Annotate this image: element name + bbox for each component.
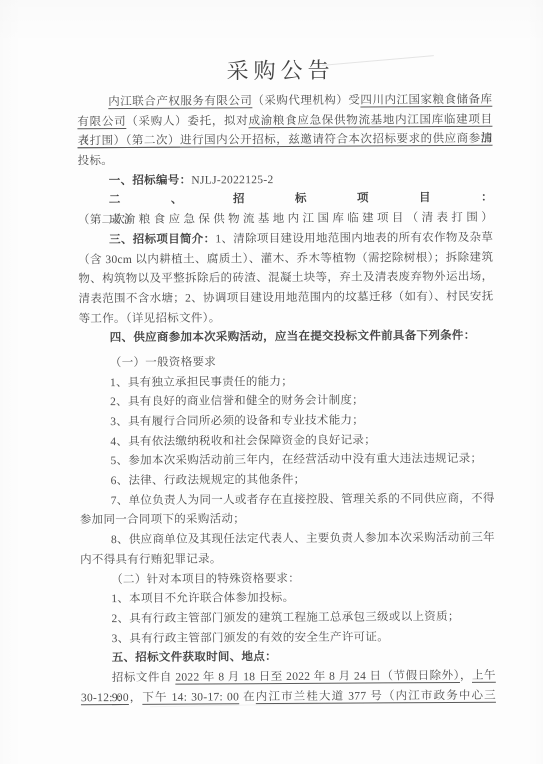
text-line: 3、具有行政主管部门颁发的有效的安全生产许可证。 — [81, 627, 496, 649]
underlined-text: 内江联合产权服务有限公司 — [108, 95, 252, 108]
text-segment: 参加同一合同项下的采购活动； — [80, 514, 245, 527]
text-line: 招标文件自 2022 年 8 月 18 日至 2022 年 8 月 24 日（节… — [81, 667, 496, 689]
text-line: 参加同一合同项下的采购活动； — [80, 509, 495, 531]
text-segment: （二）针对本项目的特殊资格要求： — [111, 572, 300, 585]
text-segment: 3、具有行政主管部门颁发的有效的安全生产许可证。 — [112, 631, 390, 645]
text-line: （含 30cm 以内耕植土、腐质土）、灌木、乔木等植物（需挖除树根）；拆除建筑 — [78, 248, 493, 270]
text-line: 物、构筑物以及平整拆除后的砖渣、混凝土块等，弃土及清表废弃物外运出场， — [78, 268, 493, 290]
text-segment: 4、具有依法缴纳税收和社会保障资金的良好记录； — [110, 434, 376, 448]
text-segment: （采购人）委托，拟对 — [126, 115, 248, 128]
text-segment: 物、构筑物以及平整拆除后的砖渣、混凝土块等，弃土及清表废弃物外运出场， — [78, 271, 493, 286]
text-line: 等工作。（详见招标文件）。 — [79, 307, 494, 329]
announcement-body: 内江联合产权服务有限公司（采购代理机构）受四川内江国家粮食储备库有限公司（采购人… — [77, 91, 496, 709]
text-segment: 等工作。（详见招标文件）。 — [79, 312, 221, 325]
text-segment: （第二次） — [78, 214, 137, 226]
text-segment: NJLJ-2022125-2 — [191, 174, 273, 187]
text-line: 有限公司（采购人）委托，拟对成渝粮食应急保供物流基地内江国库临建项目（清 — [77, 110, 492, 132]
text-line: 6、法律、行政法规规定的其他条件； — [80, 470, 495, 492]
text-segment: 3、具有履行合同所必须的设备和专业技术能力； — [110, 415, 364, 429]
text-segment: 一、招标编号： — [109, 174, 192, 187]
document-page: 采购公告 内江联合产权服务有限公司（采购代理机构）受四川内江国家粮食储备库有限公… — [0, 0, 543, 764]
text-line: 4、具有依法缴纳税收和社会保障资金的良好记录； — [79, 430, 494, 452]
text-segment: 在 — [239, 691, 256, 703]
underlined-text: 下午 14: 30-17: 00 — [142, 691, 239, 704]
text-line: 三、招标项目简介：1、清除项目建设用地范围内地表的所有农作物及杂草 — [78, 229, 493, 251]
text-segment: 1、本项目不允许联合体参加投标。 — [111, 592, 294, 605]
text-line: （一）一般资格要求 — [79, 352, 494, 374]
text-line: 内不得具有行贿犯罪记录。 — [80, 549, 495, 571]
text-line: 7、单位负责人为同一人或者存在直接控股、管理关系的不同供应商，不得 — [80, 489, 495, 511]
text-line: 1、具有独立承担民事责任的能力； — [79, 371, 494, 393]
text-segment: 5、参加本次采购活动前三年内，在经营活动中没有重大违法违规记录； — [110, 453, 482, 467]
text-segment: 三、招标项目简介： — [109, 233, 215, 246]
text-segment: 2、具有行政主管部门颁发的建筑工程施工总承包三级或以上资质； — [111, 611, 459, 625]
text-segment: 成渝粮食应急保供物流基地内江国库临建项目（清表打围） — [109, 212, 493, 226]
underlined-text: 30-12: 00 — [81, 692, 129, 704]
text-line: 5、参加本次采购活动前三年内，在经营活动中没有重大违法违规记录； — [79, 450, 494, 472]
text-segment: 8、供应商单位及其现任法定代表人、主要负责人参加本次采购活动前三年 — [111, 532, 495, 546]
text-segment: 进行国内公开招标，兹邀请符合本次招标要求的供应商参加 — [180, 133, 493, 147]
announcement-title: 采购公告 — [73, 55, 488, 88]
text-line: 清表范围不含水塘；2、协调项目建设用地范围内的坟墓迁移（如有）、村民安抚 — [78, 288, 493, 310]
underlined-text: 表打围）（第二次） — [77, 135, 180, 148]
text-segment: （一）一般资格要求 — [110, 356, 216, 369]
text-line: 3、具有履行合同所必须的设备和专业技术能力； — [79, 411, 494, 433]
text-line: 二、招标项目：成渝粮食应急保供物流基地内江国库临建项目（清表打围） — [78, 189, 493, 211]
text-segment: 内不得具有行贿犯罪记录。 — [80, 553, 222, 566]
text-segment: 招标文件自 — [112, 672, 176, 684]
text-segment: （采购代理机构）受 — [252, 95, 360, 108]
underlined-text: 四川内江国家粮食储备库 — [360, 94, 492, 107]
text-line: 投标。 — [78, 150, 493, 172]
text-segment: 1、具有独立承担民事责任的能力； — [110, 376, 293, 389]
text-line: 五、招标文件获取时间、地点： — [81, 647, 496, 669]
underlined-text: 有限公司 — [77, 116, 126, 128]
underlined-text: 2022 年 8 月 18 日至 2022 年 8 月 24 日（节假日除外） — [175, 670, 460, 684]
text-line: 一、招标编号：NJLJ-2022125-2 — [78, 169, 493, 191]
text-segment: （含 30cm 以内耕植土、腐质土）、灌木、乔木等植物（需挖除树根）；拆除建筑 — [78, 251, 493, 266]
text-segment: 五、招标文件获取时间、地点： — [112, 651, 277, 664]
text-line: 2、具有行政主管部门颁发的建筑工程施工总承包三级或以上资质； — [80, 608, 495, 630]
text-line: 1、本项目不允许联合体参加投标。 — [80, 588, 495, 610]
text-segment: 2、具有良好的商业信誉和健全的财务会计制度； — [110, 395, 364, 409]
text-segment: ， — [460, 670, 472, 682]
text-segment: 6、法律、行政法规规定的其他条件； — [111, 474, 306, 487]
text-line: 8、供应商单位及其现任法定代表人、主要负责人参加本次采购活动前三年 — [80, 529, 495, 551]
text-segment: ， — [129, 692, 143, 704]
text-line: 四、供应商参加本次采购活动，应当在提交投标文件前具备下列条件： — [79, 327, 494, 349]
text-segment: 清表范围不含水塘；2、协调项目建设用地范围内的坟墓迁移（如有）、村民安抚 — [78, 291, 493, 306]
underlined-text: 内江市兰桂大道 377 号（内江市政务中心三 — [256, 689, 496, 702]
text-line: （二）针对本项目的特殊资格要求： — [80, 568, 495, 590]
text-segment: 投标。 — [78, 155, 113, 167]
text-segment: 二、招标项目： — [109, 192, 493, 206]
text-line: 2、具有良好的商业信誉和健全的财务会计制度； — [79, 391, 494, 413]
text-segment: 7、单位负责人为同一人或者存在直接控股、管理关系的不同供应商，不得 — [111, 492, 495, 506]
text-line: 表打围）（第二次）进行国内公开招标，兹邀请符合本次招标要求的供应商参加 — [77, 130, 492, 152]
text-segment: 四、供应商参加本次采购活动，应当在提交投标文件前具备下列条件： — [110, 330, 476, 344]
text-line: 30-12: 00，下午 14: 30-17: 00 在内江市兰桂大道 377 … — [81, 686, 496, 708]
text-segment: 1、清除项目建设用地范围内地表的所有农作物及杂草 — [215, 232, 493, 246]
announcement-content: 采购公告 内江联合产权服务有限公司（采购代理机构）受四川内江国家粮食储备库有限公… — [77, 55, 496, 709]
text-line: 内江联合产权服务有限公司（采购代理机构）受四川内江国家粮食储备库 — [77, 91, 492, 113]
